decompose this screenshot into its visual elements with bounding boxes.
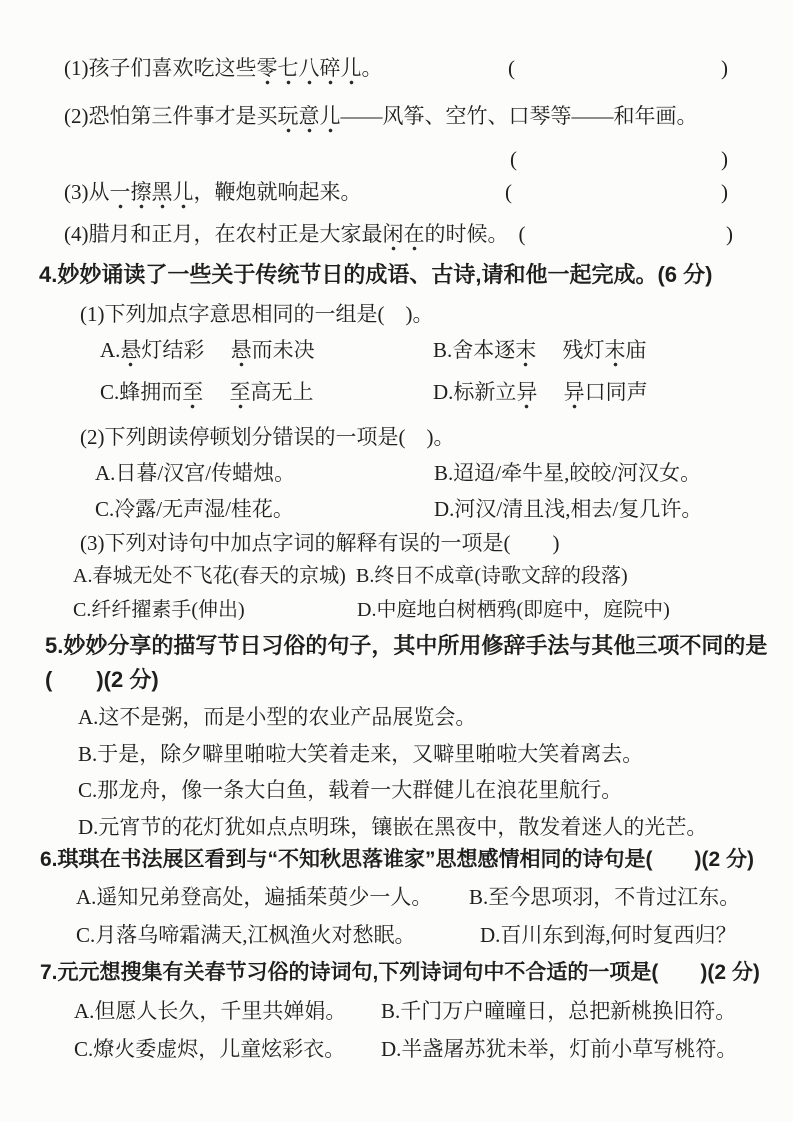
option-d: D.半盏屠苏犹未举，灯前小草写桃符。 [381, 1036, 737, 1062]
option-c: C.月落乌啼霜满天,江枫渔火对愁眠。 [76, 922, 416, 948]
option-a: A.悬灯结彩 悬而未决 [100, 337, 315, 363]
option-c: C.燎火委虚烬，儿童炫彩衣。 [74, 1036, 345, 1062]
answer-bracket-open: ( [508, 55, 515, 81]
answer-bracket-open: ( [510, 146, 517, 172]
q3-item-3-text: (3)从一擦黑儿，鞭炮就响起来。 [64, 179, 362, 205]
exam-document: (1)孩子们喜欢吃这些零七八碎儿。 ( ) (2)恐怕第三件事才是买玩意儿——风… [0, 0, 793, 1122]
q3-item-1-text: (1)孩子们喜欢吃这些零七八碎儿。 [64, 55, 383, 81]
option-a: A.日暮/汉宫/传蜡烛。 [95, 460, 295, 486]
option-b: B.终日不成章(诗歌文辞的段落) [356, 564, 628, 589]
answer-bracket-close: ) [721, 55, 728, 81]
option-b: B.舍本逐末 残灯末庙 [433, 337, 647, 363]
option-a: A.遥知兄弟登高处，遍插茱萸少一人。 [76, 884, 432, 910]
option-c: C.冷露/无声湿/桂花。 [95, 496, 294, 522]
option-d: D.中庭地白树栖鸦(即庭中，庭院中) [357, 598, 670, 623]
answer-bracket-open: ( [519, 222, 526, 246]
answer-bracket-open: ( [505, 179, 512, 205]
option-b: B.千门万户曈曈日，总把新桃换旧符。 [381, 998, 736, 1024]
option-b: B.迢迢/牵牛星,皎皎/河汉女。 [434, 460, 701, 486]
q3-item-2-text: (2)恐怕第三件事才是买玩意儿——风筝、空竹、口琴等——和年画。 [64, 103, 698, 129]
option-d: D.河汉/清且浅,相去/复几许。 [434, 496, 702, 522]
option-a: A.春城无处不飞花(春天的京城) [73, 564, 346, 589]
q3-item-4-text: (4)腊月和正月，在农村正是大家最闲在的时候。( [64, 221, 526, 247]
option-d: D.百川东到海,何时复西归？ [480, 922, 737, 948]
option-c: C.纤纤擢素手(伸出) [73, 598, 245, 623]
option-a: A.但愿人长久，千里共婵娟。 [74, 998, 346, 1024]
option-c: C.蜂拥而至 至高无上 [100, 379, 314, 405]
answer-bracket-close: ) [721, 179, 728, 205]
answer-bracket-close: ) [721, 146, 728, 172]
option-d: D.标新立异 异口同声 [433, 379, 648, 405]
answer-bracket-close: ) [726, 221, 733, 247]
option-b: B.至今思项羽，不肯过江东。 [469, 884, 740, 910]
